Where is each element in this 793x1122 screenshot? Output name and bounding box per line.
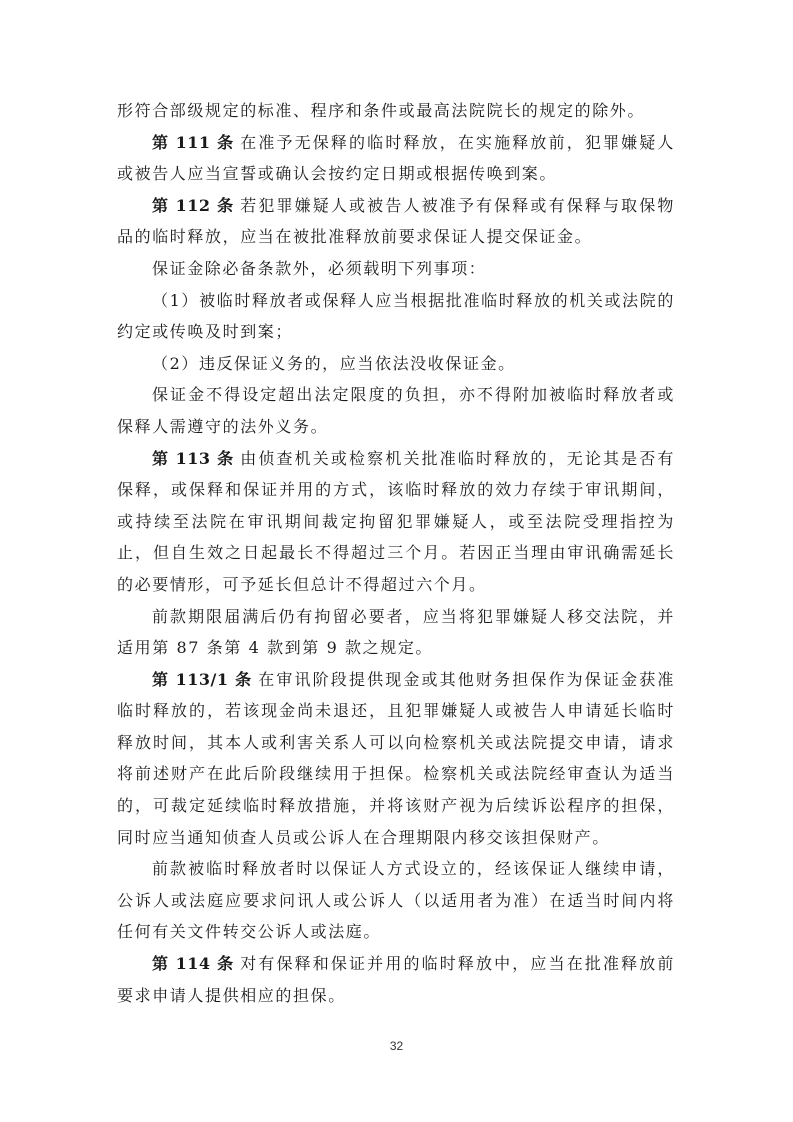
paragraph: 保证金不得设定超出法定限度的负担，亦不得附加被临时释放者或保释人需遵守的法外义务…	[117, 379, 675, 442]
list-item-2: （2）违反保证义务的，应当依法没收保证金。	[117, 348, 675, 380]
page-number: 32	[0, 1039, 793, 1053]
article-number: 第 114 条	[152, 954, 234, 973]
paragraph-text: （2）违反保证义务的，应当依法没收保证金。	[152, 354, 516, 373]
paragraph-text: 保证金不得设定超出法定限度的负担，亦不得附加被临时释放者或保释人需遵守的法外义务…	[117, 385, 675, 436]
article-113-1: 第 113/1 条在审讯阶段提供现金或其他财务担保作为保证金获准临时释放的，若该…	[117, 664, 675, 854]
paragraph-text: 前款被临时释放者时以保证人方式设立的，经该保证人继续申请，公诉人或法庭应要求问讯…	[117, 859, 675, 941]
paragraph: 保证金除必备条款外，必须载明下列事项：	[117, 253, 675, 285]
paragraph-text: 由侦查机关或检察机关批准临时释放的，无论其是否有保释，或保释和保证并用的方式，该…	[117, 449, 675, 594]
article-number: 第 111 条	[152, 133, 234, 152]
paragraph-continuation: 形符合部级规定的标准、程序和条件或最高法院院长的规定的除外。	[117, 95, 675, 127]
paragraph-text: 保证金除必备条款外，必须载明下列事项：	[152, 259, 486, 278]
article-114: 第 114 条对有保释和保证并用的临时释放中，应当在批准释放前要求申请人提供相应…	[117, 948, 675, 1011]
list-item-1: （1）被临时释放者或保释人应当根据批准临时释放的机关或法院的约定或传唤及时到案；	[117, 285, 675, 348]
article-number: 第 112 条	[152, 196, 234, 215]
document-body: 形符合部级规定的标准、程序和条件或最高法院院长的规定的除外。 第 111 条在准…	[117, 95, 675, 1011]
article-number: 第 113/1 条	[152, 670, 252, 689]
article-111: 第 111 条在准予无保释的临时释放，在实施释放前，犯罪嫌疑人或被告人应当宣誓或…	[117, 127, 675, 190]
paragraph-text: 前款期限届满后仍有拘留必要者，应当将犯罪嫌疑人移交法院，并适用第 87 条第 4…	[117, 607, 675, 658]
paragraph: 前款期限届满后仍有拘留必要者，应当将犯罪嫌疑人移交法院，并适用第 87 条第 4…	[117, 601, 675, 664]
article-112: 第 112 条若犯罪嫌疑人或被告人被准予有保释或有保释与取保物品的临时释放，应当…	[117, 190, 675, 253]
article-113: 第 113 条由侦查机关或检察机关批准临时释放的，无论其是否有保释，或保释和保证…	[117, 443, 675, 601]
article-number: 第 113 条	[152, 449, 234, 468]
paragraph-text: 形符合部级规定的标准、程序和条件或最高法院院长的规定的除外。	[117, 101, 645, 120]
paragraph-text: 在审讯阶段提供现金或其他财务担保作为保证金获准临时释放的，若该现金尚未退还，且犯…	[117, 670, 675, 847]
paragraph: 前款被临时释放者时以保证人方式设立的，经该保证人继续申请，公诉人或法庭应要求问讯…	[117, 853, 675, 948]
paragraph-text: （1）被临时释放者或保释人应当根据批准临时释放的机关或法院的约定或传唤及时到案；	[117, 291, 675, 342]
